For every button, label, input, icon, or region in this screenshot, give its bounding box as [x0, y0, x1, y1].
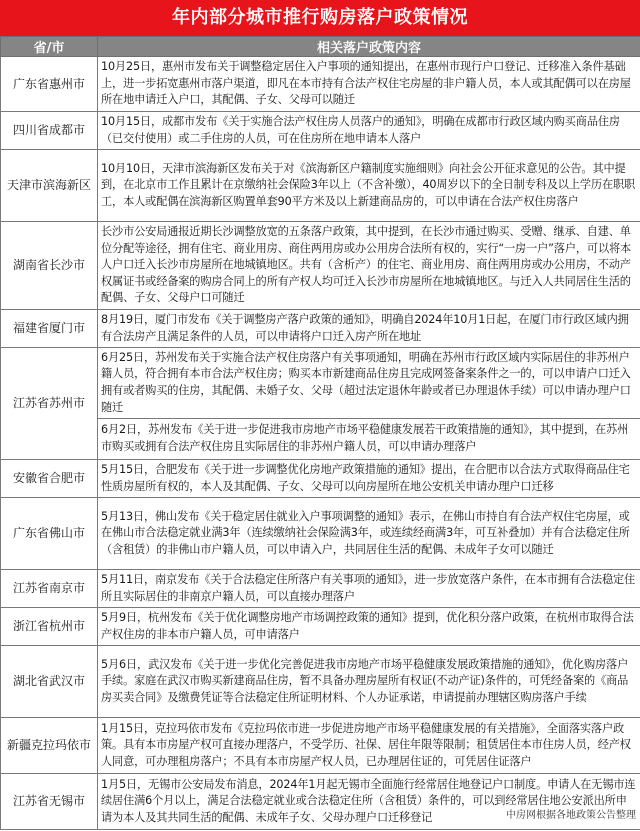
table-row: 浙江省杭州市 5月9日，杭州发布《关于优化调整房地产市场调控政策的通知》提到，优…	[1, 608, 640, 646]
city-cell: 浙江省杭州市	[1, 608, 98, 646]
table-row: 新疆克拉玛依市 1月15日，克拉玛依市发布《克拉玛依市进一步促进房地产市场平稳健…	[1, 718, 640, 774]
policy-cell: 5月6日，武汉发布《关于进一步优化完善促进我市房地产市场平稳健康发展政策措施的通…	[98, 646, 640, 718]
table-row: 江苏省苏州市 6月25日，苏州发布关于实施合法产权住房落户有关事项通知，明确在苏…	[1, 348, 640, 419]
table-row: 江苏省南京市 5月11日，南京发布《关于合法稳定住所落户有关事项的通知》，进一步…	[1, 570, 640, 608]
policy-cell: 1月15日，克拉玛依市发布《克拉玛依市进一步促进房地产市场平稳健康发展的有关措施…	[98, 718, 640, 774]
table-row: 天津市滨海新区 10月10日，天津市滨海新区发布关于对《滨海新区户籍制度实施细则…	[1, 150, 640, 222]
table-row: 湖南省长沙市 长沙市公安局通报近期长沙调整放宽的五条落户政策，其中提到，在长沙市…	[1, 222, 640, 310]
policy-cell: 10月10日，天津市滨海新区发布关于对《滨海新区户籍制度实施细则》向社会公开征求…	[98, 150, 640, 222]
table-row: 广东省惠州市 10月25日，惠州市发布关于调整稳定居住入户事项的通知提出，在惠州…	[1, 57, 640, 112]
policy-cell: 10月25日，惠州市发布关于调整稳定居住入户事项的通知提出，在惠州市现行户口登记…	[98, 57, 640, 112]
city-cell: 江苏省苏州市	[1, 348, 98, 460]
page-title: 年内部分城市推行购房落户政策情况	[0, 0, 640, 36]
city-cell: 湖北省武汉市	[1, 646, 98, 718]
city-cell: 广东省佛山市	[1, 498, 98, 570]
column-header-city: 省/市	[1, 37, 98, 57]
city-cell: 天津市滨海新区	[1, 150, 98, 222]
policy-cell: 长沙市公安局通报近期长沙调整放宽的五条落户政策，其中提到，在长沙市通过购买、受赠…	[98, 222, 640, 310]
policy-cell: 5月11日，南京发布《关于合法稳定住所落户有关事项的通知》，进一步放宽落户条件，…	[98, 570, 640, 608]
table-row: 广东省佛山市 5月13日，佛山发布《关于稳定居住就业入户事项调整的通知》表示，在…	[1, 498, 640, 570]
policy-cell: 10月15日，成都市发布《关于实施合法产权住房人员落户的通知》，明确在成都市行政…	[98, 112, 640, 150]
table-header-row: 省/市 相关落户政策内容	[1, 37, 640, 57]
policy-cell: 5月13日，佛山发布《关于稳定居住就业入户事项调整的通知》表示，在佛山市持自有合…	[98, 498, 640, 570]
policy-cell: 8月19日，厦门市发布《关于调整房产落户政策的通知》，明确自2024年10月1日…	[98, 310, 640, 348]
table-row: 福建省厦门市 8月19日，厦门市发布《关于调整房产落户政策的通知》，明确自202…	[1, 310, 640, 348]
policy-cell: 5月9日，杭州发布《关于优化调整房地产市场调控政策的通知》提到，优化积分落户政策…	[98, 608, 640, 646]
city-cell: 福建省厦门市	[1, 310, 98, 348]
city-cell: 江苏省无锡市	[1, 774, 98, 830]
source-note: 中房网根据各地政策公告整理	[506, 806, 636, 821]
city-cell: 江苏省南京市	[1, 570, 98, 608]
table-row: 湖北省武汉市 5月6日，武汉发布《关于进一步优化完善促进我市房地产市场平稳健康发…	[1, 646, 640, 718]
city-cell: 广东省惠州市	[1, 57, 98, 112]
policy-cell: 6月25日，苏州发布关于实施合法产权住房落户有关事项通知，明确在苏州市行政区域内…	[98, 348, 640, 419]
policy-cell: 5月15日，合肥发布《关于进一步调整优化房地产政策措施的通知》提出，在合肥市以合…	[98, 460, 640, 498]
table-row: 四川省成都市 10月15日，成都市发布《关于实施合法产权住房人员落户的通知》，明…	[1, 112, 640, 150]
table-row: 江苏省无锡市 1月5日，无锡市公安局发布消息，2024年1月起无锡市全面施行经常…	[1, 774, 640, 830]
city-cell: 四川省成都市	[1, 112, 98, 150]
policy-cell: 1月5日，无锡市公安局发布消息，2024年1月起无锡市全面施行经常居住地登记户口…	[98, 774, 640, 830]
policy-table: 省/市 相关落户政策内容 广东省惠州市 10月25日，惠州市发布关于调整稳定居住…	[0, 36, 640, 830]
column-header-policy: 相关落户政策内容	[98, 37, 640, 57]
city-cell: 湖南省长沙市	[1, 222, 98, 310]
policy-cell: 6月2日，苏州发布《关于进一步促进我市房地产市场平稳健康发展若干政策措施的通知》…	[98, 419, 640, 460]
city-cell: 安徽省合肥市	[1, 460, 98, 498]
city-cell: 新疆克拉玛依市	[1, 718, 98, 774]
table-row: 安徽省合肥市 5月15日，合肥发布《关于进一步调整优化房地产政策措施的通知》提出…	[1, 460, 640, 498]
